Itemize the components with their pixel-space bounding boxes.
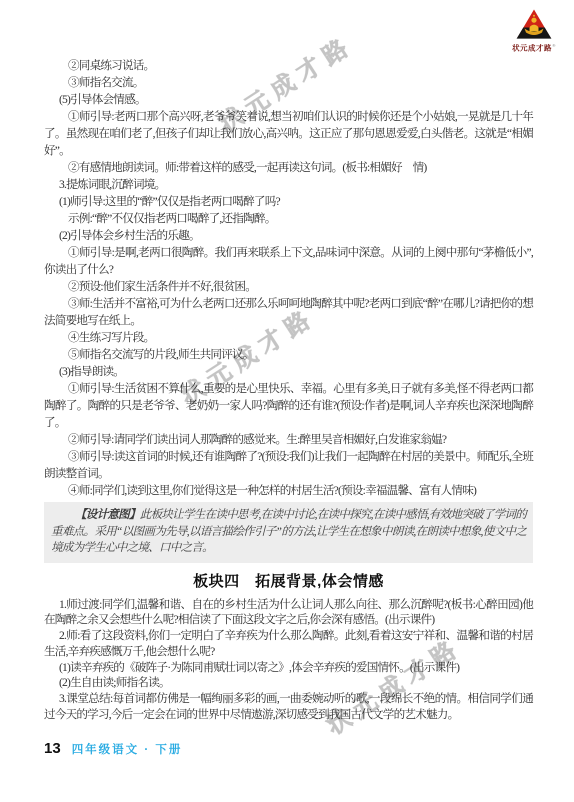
section-heading: 板块四 拓展背景,体会情感 xyxy=(44,574,533,590)
brand-logo-icon xyxy=(515,7,553,41)
paragraph: ①师引导:是啊,老两口很陶醉。我们再来联系上下文,品味词中深意。从词的上阕中那句… xyxy=(44,244,533,278)
paragraph: 1.师过渡:同学们,温馨和谐、自在的乡村生活为什么让词人那么向往、那么沉醉呢?(… xyxy=(44,597,533,629)
paragraph: ②同桌练习说话。 xyxy=(44,57,533,74)
paragraph: (1)读辛弃疾的《破阵子·为陈同甫赋壮词以寄之》,体会辛弃疾的爱国情怀。(出示课… xyxy=(44,660,533,676)
paragraph: (3)指导朗读。 xyxy=(44,363,533,380)
paragraph: (1)师引导:这里的“醉”仅仅是指老两口喝醉了吗? xyxy=(44,193,533,210)
paragraph: (5)引导体会情感。 xyxy=(44,91,533,108)
paragraph: ④生练习写片段。 xyxy=(44,329,533,346)
paragraph: (2)引导体会乡村生活的乐趣。 xyxy=(44,227,533,244)
lesson-content: ②同桌练习说话。 ③师指名交流。 (5)引导体会情感。 ①师引导:老两口那个高兴… xyxy=(44,57,533,723)
paragraph: ①师引导:老两口那个高兴呀,老爷爷笑着说,想当初咱们认识的时候你还是个小姑娘,一… xyxy=(44,108,533,159)
brand-logo: 状元成才路® xyxy=(506,7,562,54)
paragraph: 3.提炼词眼,沉醉词境。 xyxy=(44,176,533,193)
design-intent-text: 【设计意图】此板块让学生在读中思考,在读中讨论,在读中探究,在读中感悟,有效地突… xyxy=(51,507,526,557)
paragraph: ③师引导:读这首词的时候,还有谁陶醉了?(预设:我们)让我们一起陶醉在村居的美景… xyxy=(44,448,533,482)
section-four-content: 1.师过渡:同学们,温馨和谐、自在的乡村生活为什么让词人那么向往、那么沉醉呢?(… xyxy=(44,597,533,723)
registered-mark: ® xyxy=(552,43,556,48)
paragraph: ②预设:他们家生活条件并不好,很贫困。 xyxy=(44,278,533,295)
design-intent-note: 【设计意图】此板块让学生在读中思考,在读中讨论,在读中探究,在读中感悟,有效地突… xyxy=(44,502,533,563)
brand-name: 状元成才路® xyxy=(506,41,562,54)
footer-book-label: 四年级语文 · 下册 xyxy=(72,741,183,757)
paragraph: ②有感情地朗读词。师:带着这样的感受,一起再读这句词。(板书:相媚好 情) xyxy=(44,159,533,176)
page-footer: 13 四年级语文 · 下册 xyxy=(44,740,182,757)
paragraph: 3.课堂总结:每首词都仿佛是一幅绚丽多彩的画,一曲委婉动听的歌,一段绵长不绝的情… xyxy=(44,691,533,723)
page-number: 13 xyxy=(44,740,61,757)
design-intent-label: 【设计意图】 xyxy=(75,508,140,521)
brand-name-text: 状元成才路 xyxy=(512,44,552,53)
paragraph: (2)生自由读;师指名读。 xyxy=(44,675,533,691)
paragraph: ①师引导:生活贫困不算什么,重要的是心里快乐、幸福。心里有多美,日子就有多美,怪… xyxy=(44,380,533,431)
paragraph: 示例:“醉”不仅仅指老两口喝醉了,还指陶醉。 xyxy=(44,210,533,227)
paragraph: ②师引导:请同学们读出词人那陶醉的感觉来。生:醉里吴音相媚好,白发谁家翁媪? xyxy=(44,431,533,448)
paragraph: ④师:同学们,读到这里,你们觉得这是一种怎样的村居生活?(预设:幸福温馨、富有人… xyxy=(44,482,533,499)
book-page: 状元成才路® 状元成才路 状元成才路 状元成才路 ②同桌练习说话。 ③师指名交流… xyxy=(0,0,574,802)
paragraph: ⑤师指名交流写的片段,师生共同评议。 xyxy=(44,346,533,363)
paragraph: ③师:生活并不富裕,可为什么老两口还那么乐呵呵地陶醉其中呢?老两口到底“醉”在哪… xyxy=(44,295,533,329)
paragraph: ③师指名交流。 xyxy=(44,74,533,91)
paragraph: 2.师:看了这段资料,你们一定明白了辛弃疾为什么那么陶醉。此刻,看着这安宁祥和、… xyxy=(44,628,533,660)
